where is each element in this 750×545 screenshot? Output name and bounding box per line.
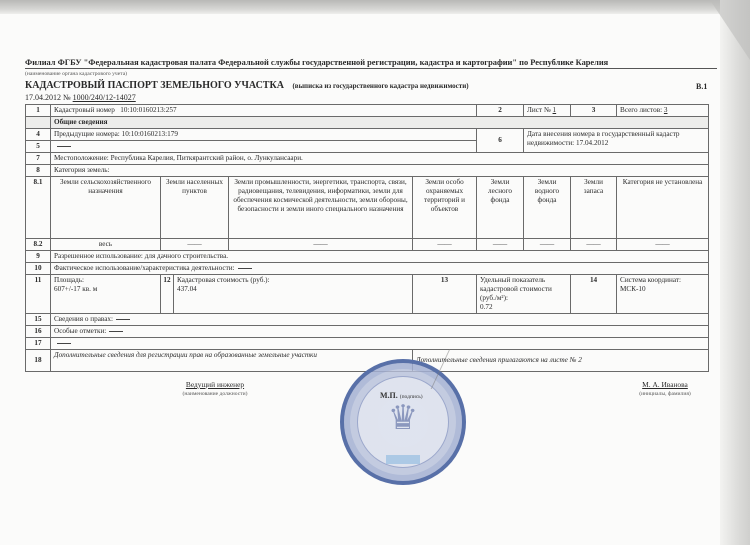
area: Площадь: 607+/-17 кв. м: [51, 275, 161, 314]
category-value: весь: [51, 239, 161, 251]
organization-name: Филиал ФГБУ "Федеральная кадастровая пал…: [25, 58, 717, 69]
row-num: 10: [26, 263, 51, 275]
document-title: КАДАСТРОВЫЙ ПАСПОРТ ЗЕМЕЛЬНОГО УЧАСТКА (…: [25, 80, 469, 91]
signatory-name-block: М. А. Иванова (инициалы, фамилия): [620, 380, 710, 397]
row-land-category: 8 Категория земель:: [26, 165, 709, 177]
scan-edge-top: [0, 0, 750, 14]
specific-cost: Удельный показатель кадастровой стоимост…: [477, 275, 571, 314]
row-num: 5: [26, 141, 51, 153]
row-num: 2: [477, 105, 524, 117]
sheet-value: 1: [553, 106, 557, 114]
row-num: 9: [26, 251, 51, 263]
area-label: Площадь:: [54, 276, 84, 284]
row-17-value: [51, 338, 709, 350]
category-settlements: Земли населенных пунктов: [161, 177, 229, 239]
total-sheets: Всего листов: 3: [617, 105, 709, 117]
cadastral-number: Кадастровый номер 10:10:0160213:257: [51, 105, 477, 117]
row-previous-numbers: 4 Предыдущие номера: 10:10:0160213:179 6…: [26, 129, 709, 141]
category-water: Земли водного фонда: [524, 177, 571, 239]
row-num: 15: [26, 314, 51, 326]
row-num: 3: [571, 105, 617, 117]
coordinate-system-value: МСК-10: [620, 285, 646, 293]
issue-date-number: 17.04.2012 № 1000/240/12-14027: [25, 93, 136, 102]
sheet-number: Лист № 1: [524, 105, 571, 117]
cadastral-table: 1 Кадастровый номер 10:10:0160213:257 2 …: [25, 104, 709, 372]
row-17: 17: [26, 338, 709, 350]
name-caption: (инициалы, фамилия): [620, 391, 710, 397]
location: Местоположение: Республика Карелия, Питк…: [51, 153, 709, 165]
row-num: 18: [26, 350, 51, 372]
category-undefined: Категория не установлена: [617, 177, 709, 239]
coat-of-arms-icon: ♛: [382, 397, 424, 441]
row-category-values: 8.2 весь —— —— —— —— —— —— ——: [26, 239, 709, 251]
row-actual-use: 10 Фактическое использование/характерист…: [26, 263, 709, 275]
document-page: Филиал ФГБУ "Федеральная кадастровая пал…: [0, 14, 722, 545]
registration-date: Дата внесения номера в государственный к…: [524, 129, 709, 153]
stamp-caption: (подпись): [400, 394, 423, 400]
previous-numbers: Предыдущие номера: 10:10:0160213:179: [51, 129, 477, 141]
actual-use-label: Фактическое использование/характеристика…: [54, 264, 235, 272]
row-5-value: [51, 141, 477, 153]
coordinate-system-label: Система координат:: [620, 276, 681, 284]
organization-caption: (наименование органа кадастрового учета): [25, 71, 127, 77]
category-value: ——: [617, 239, 709, 251]
category-agricultural: Земли сельскохозяйственного назначения: [51, 177, 161, 239]
dash: [57, 146, 71, 147]
row-num: 8: [26, 165, 51, 177]
row-num: 8.1: [26, 177, 51, 239]
actual-use: Фактическое использование/характеристика…: [51, 263, 709, 275]
additional-info-label: Дополнительные сведения для регистрации …: [51, 350, 413, 372]
category-value: ——: [229, 239, 413, 251]
scan-edge-right: [720, 0, 750, 545]
category-forest: Земли лесного фонда: [477, 177, 524, 239]
row-num: 17: [26, 338, 51, 350]
document-number: 1000/240/12-14027: [73, 93, 136, 102]
category-protected: Земли особо охраняемых территорий и объе…: [413, 177, 477, 239]
cadastral-number-label: Кадастровый номер: [54, 106, 115, 114]
title-text: КАДАСТРОВЫЙ ПАСПОРТ ЗЕМЕЛЬНОГО УЧАСТКА: [25, 80, 284, 91]
row-num: 1: [26, 105, 51, 117]
position-caption: (наименование должности): [160, 391, 270, 397]
row-area-cost: 11 Площадь: 607+/-17 кв. м 12 Кадастрова…: [26, 275, 709, 314]
coordinate-system: Система координат: МСК-10: [617, 275, 709, 314]
category-reserve: Земли запаса: [571, 177, 617, 239]
row-num: 4: [26, 129, 51, 141]
row-num: 7: [26, 153, 51, 165]
row-num: 6: [477, 129, 524, 153]
general-section-heading: Общие сведения: [51, 117, 709, 129]
special-notes: Особые отметки:: [51, 326, 709, 338]
row-num: 12: [161, 275, 174, 314]
row-num: 16: [26, 326, 51, 338]
number-prefix: №: [63, 93, 71, 102]
total-sheets-label: Всего листов:: [620, 106, 662, 114]
permitted-use: Разрешенное использование: для дачного с…: [51, 251, 709, 263]
dash: [116, 319, 130, 320]
row-rights: 15 Сведения о правах:: [26, 314, 709, 326]
issue-date: 17.04.2012: [25, 93, 61, 102]
special-notes-label: Особые отметки:: [54, 327, 106, 335]
specific-cost-label: Удельный показатель кадастровой стоимост…: [480, 276, 552, 302]
category-value: ——: [161, 239, 229, 251]
row-num: 14: [571, 275, 617, 314]
land-category-label: Категория земель:: [51, 165, 709, 177]
seal-band: [386, 455, 420, 464]
total-sheets-value: 3: [664, 106, 668, 114]
dash: [57, 343, 71, 344]
rights-info: Сведения о правах:: [51, 314, 709, 326]
specific-cost-value: 0.72: [480, 303, 493, 311]
signatory-name: М. А. Иванова: [642, 380, 688, 389]
cadastral-cost-label: Кадастровая стоимость (руб.):: [177, 276, 270, 284]
row-location: 7 Местоположение: Республика Карелия, Пи…: [26, 153, 709, 165]
dash: [109, 331, 123, 332]
row-category-headers: 8.1 Земли сельскохозяйственного назначен…: [26, 177, 709, 239]
seal-label: М.П. (подпись): [380, 391, 423, 400]
row-cadastral-number: 1 Кадастровый номер 10:10:0160213:257 2 …: [26, 105, 709, 117]
row-additional-info: 18 Дополнительные сведения для регистрац…: [26, 350, 709, 372]
category-value: ——: [477, 239, 524, 251]
dash: [238, 268, 252, 269]
row-num: 11: [26, 275, 51, 314]
form-code: В.1: [696, 82, 707, 91]
scan-corner-shadow: [710, 0, 750, 60]
row-num: 8.2: [26, 239, 51, 251]
category-industrial: Земли промышленности, энергетики, трансп…: [229, 177, 413, 239]
sheet-label: Лист №: [527, 106, 551, 114]
category-value: ——: [413, 239, 477, 251]
title-subtitle: (выписка из государственного кадастра не…: [292, 82, 468, 90]
category-value: ——: [571, 239, 617, 251]
row-general-section: Общие сведения: [26, 117, 709, 129]
signatory-position: Ведущий инженер: [186, 380, 244, 389]
stamp-label: М.П.: [380, 391, 398, 400]
area-value: 607+/-17 кв. м: [54, 285, 97, 293]
category-value: ——: [524, 239, 571, 251]
rights-label: Сведения о правах:: [54, 315, 113, 323]
row-num: 13: [413, 275, 477, 314]
cadastral-cost: Кадастровая стоимость (руб.): 437.04: [174, 275, 413, 314]
cadastral-cost-value: 437.04: [177, 285, 197, 293]
row-special-notes: 16 Особые отметки:: [26, 326, 709, 338]
row-permitted-use: 9 Разрешенное использование: для дачного…: [26, 251, 709, 263]
signatory-position-block: Ведущий инженер (наименование должности): [160, 380, 270, 397]
cadastral-number-value: 10:10:0160213:257: [120, 106, 176, 114]
